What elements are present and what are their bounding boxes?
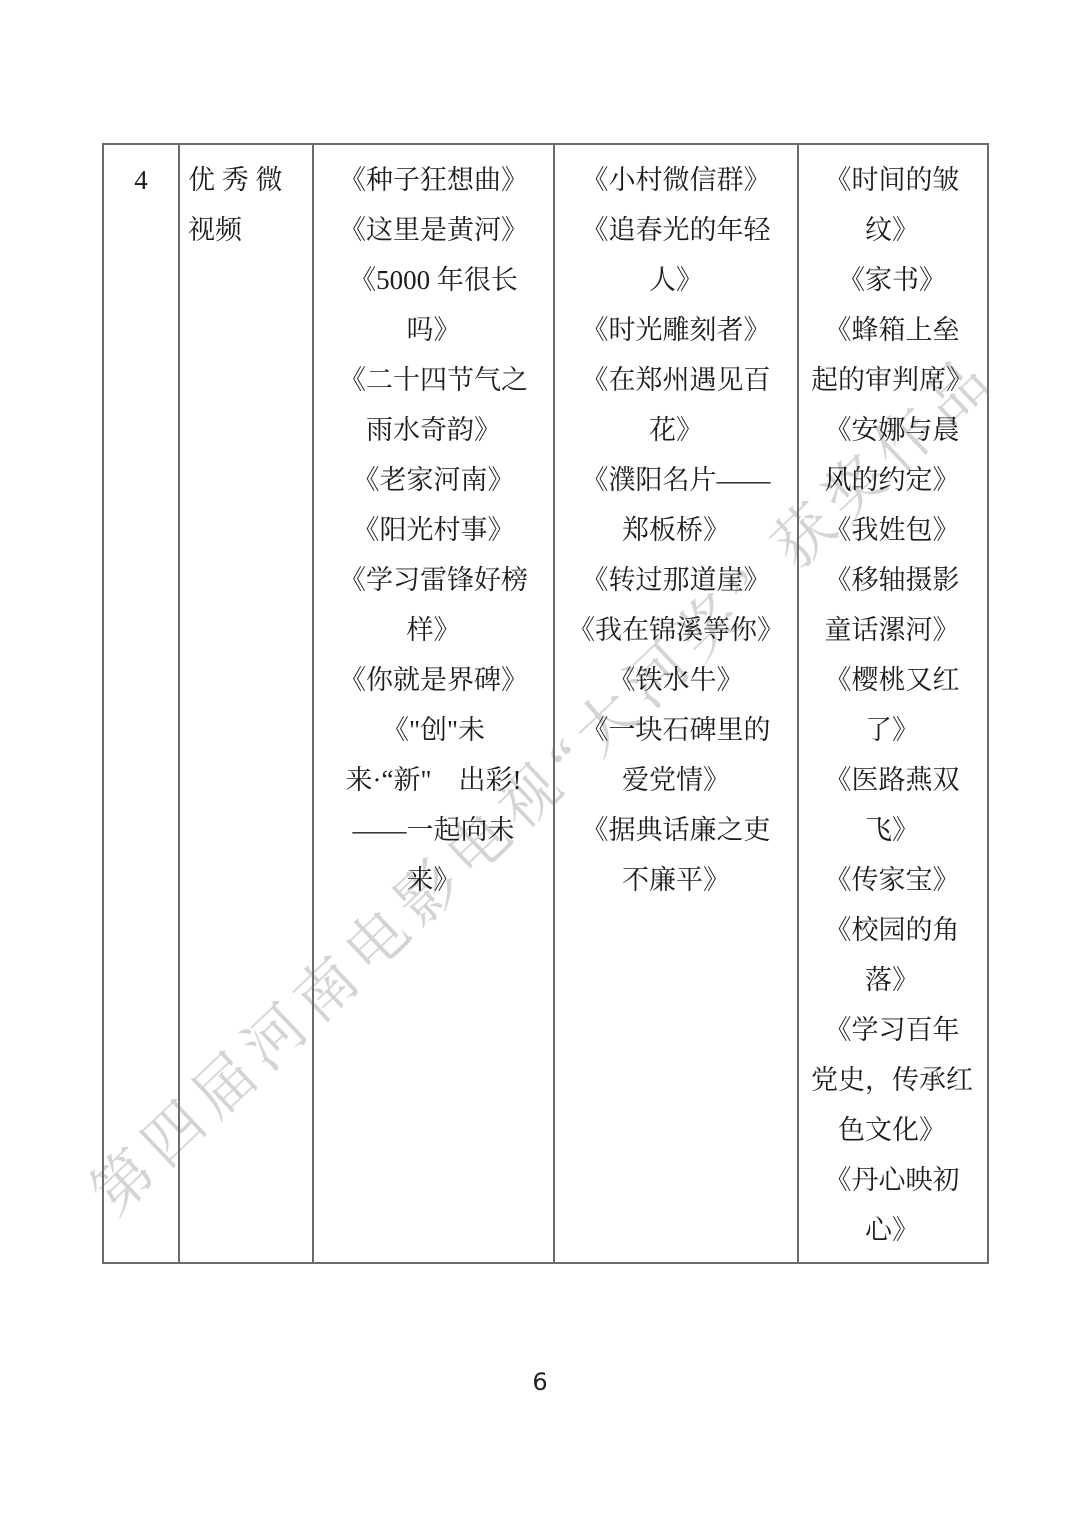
award-title-line: 吗》 <box>314 305 553 355</box>
award-title-line: 《铁水牛》 <box>555 655 797 705</box>
award-title-line: 《老家河南》 <box>314 455 553 505</box>
award-title-line: 《你就是界碑》 <box>314 655 553 705</box>
award-title-line: 《"创"未 <box>314 705 553 755</box>
awards-column-2: 《小村微信群》《追春光的年轻人》《时光雕刻者》《在郑州遇见百花》《濮阳名片——郑… <box>553 145 797 1262</box>
award-title-line: 风的约定》 <box>799 455 985 505</box>
awards-column-1: 《种子狂想曲》《这里是黄河》《5000 年很长吗》《二十四节气之雨水奇韵》《老家… <box>312 145 553 1262</box>
award-title-line: 《时间的皱 <box>799 155 985 205</box>
award-title-line: 《安娜与晨 <box>799 405 985 455</box>
award-title-line: 《转过那道崖》 <box>555 555 797 605</box>
award-title-line: 《种子狂想曲》 <box>314 155 553 205</box>
row-number-cell: 4 <box>104 145 178 1262</box>
awards-column-3: 《时间的皱纹》《家书》《蜂箱上垒起的审判席》《安娜与晨风的约定》《我姓包》《移轴… <box>797 145 985 1262</box>
award-title-line: 《丹心映初 <box>799 1155 985 1205</box>
award-title-line: 了》 <box>799 705 985 755</box>
row-number: 4 <box>104 155 178 205</box>
award-title-line: 雨水奇韵》 <box>314 405 553 455</box>
award-title-line: 《樱桃又红 <box>799 655 985 705</box>
award-title-line: 《学习雷锋好榜 <box>314 555 553 605</box>
award-title-line: 人》 <box>555 255 797 305</box>
award-title-line: 《医路燕双 <box>799 755 985 805</box>
award-title-line: 童话漯河》 <box>799 605 985 655</box>
award-title-line: 《小村微信群》 <box>555 155 797 205</box>
award-title-line: 《蜂箱上垒 <box>799 305 985 355</box>
award-title-line: 《据典话廉之吏 <box>555 805 797 855</box>
award-title-line: 《阳光村事》 <box>314 505 553 555</box>
category-cell: 优 秀 微视频 <box>178 145 312 1262</box>
award-title-line: 《传家宝》 <box>799 855 985 905</box>
page-number: 6 <box>0 1368 1080 1396</box>
award-title-line: 心》 <box>799 1205 985 1255</box>
award-title-line: 《这里是黄河》 <box>314 205 553 255</box>
award-title-line: 《校园的角 <box>799 905 985 955</box>
award-title-line: 《濮阳名片—— <box>555 455 797 505</box>
document-page: 第四届河南电影电视“大河奖” 获奖作品 4 优 秀 微视频 《种子狂想曲》《这里… <box>0 0 1080 1527</box>
award-title-line: 《5000 年很长 <box>314 255 553 305</box>
award-title-line: 《在郑州遇见百 <box>555 355 797 405</box>
award-title-line: 《学习百年 <box>799 1005 985 1055</box>
award-title-line: 起的审判席》 <box>799 355 985 405</box>
award-title-line: 爱党情》 <box>555 755 797 805</box>
award-title-line: 样》 <box>314 605 553 655</box>
award-title-line: 来》 <box>314 855 553 905</box>
award-title-line: 党史，传承红 <box>799 1055 985 1105</box>
category-line: 视频 <box>188 205 308 255</box>
award-title-line: 《时光雕刻者》 <box>555 305 797 355</box>
award-title-line: 来·“新" 出彩! <box>314 755 553 805</box>
award-title-line: 《一块石碑里的 <box>555 705 797 755</box>
award-title-line: ——一起向未 <box>314 805 553 855</box>
award-title-line: 《家书》 <box>799 255 985 305</box>
award-title-line: 《我姓包》 <box>799 505 985 555</box>
award-title-line: 飞》 <box>799 805 985 855</box>
award-title-line: 《移轴摄影 <box>799 555 985 605</box>
award-title-line: 不廉平》 <box>555 855 797 905</box>
award-title-line: 纹》 <box>799 205 985 255</box>
award-title-line: 色文化》 <box>799 1105 985 1155</box>
awards-table: 4 优 秀 微视频 《种子狂想曲》《这里是黄河》《5000 年很长吗》《二十四节… <box>102 143 989 1264</box>
category-line: 优 秀 微 <box>188 155 308 205</box>
award-title-line: 《追春光的年轻 <box>555 205 797 255</box>
award-title-line: 落》 <box>799 955 985 1005</box>
award-title-line: 郑板桥》 <box>555 505 797 555</box>
award-title-line: 《二十四节气之 <box>314 355 553 405</box>
award-title-line: 《我在锦溪等你》 <box>555 605 797 655</box>
award-title-line: 花》 <box>555 405 797 455</box>
